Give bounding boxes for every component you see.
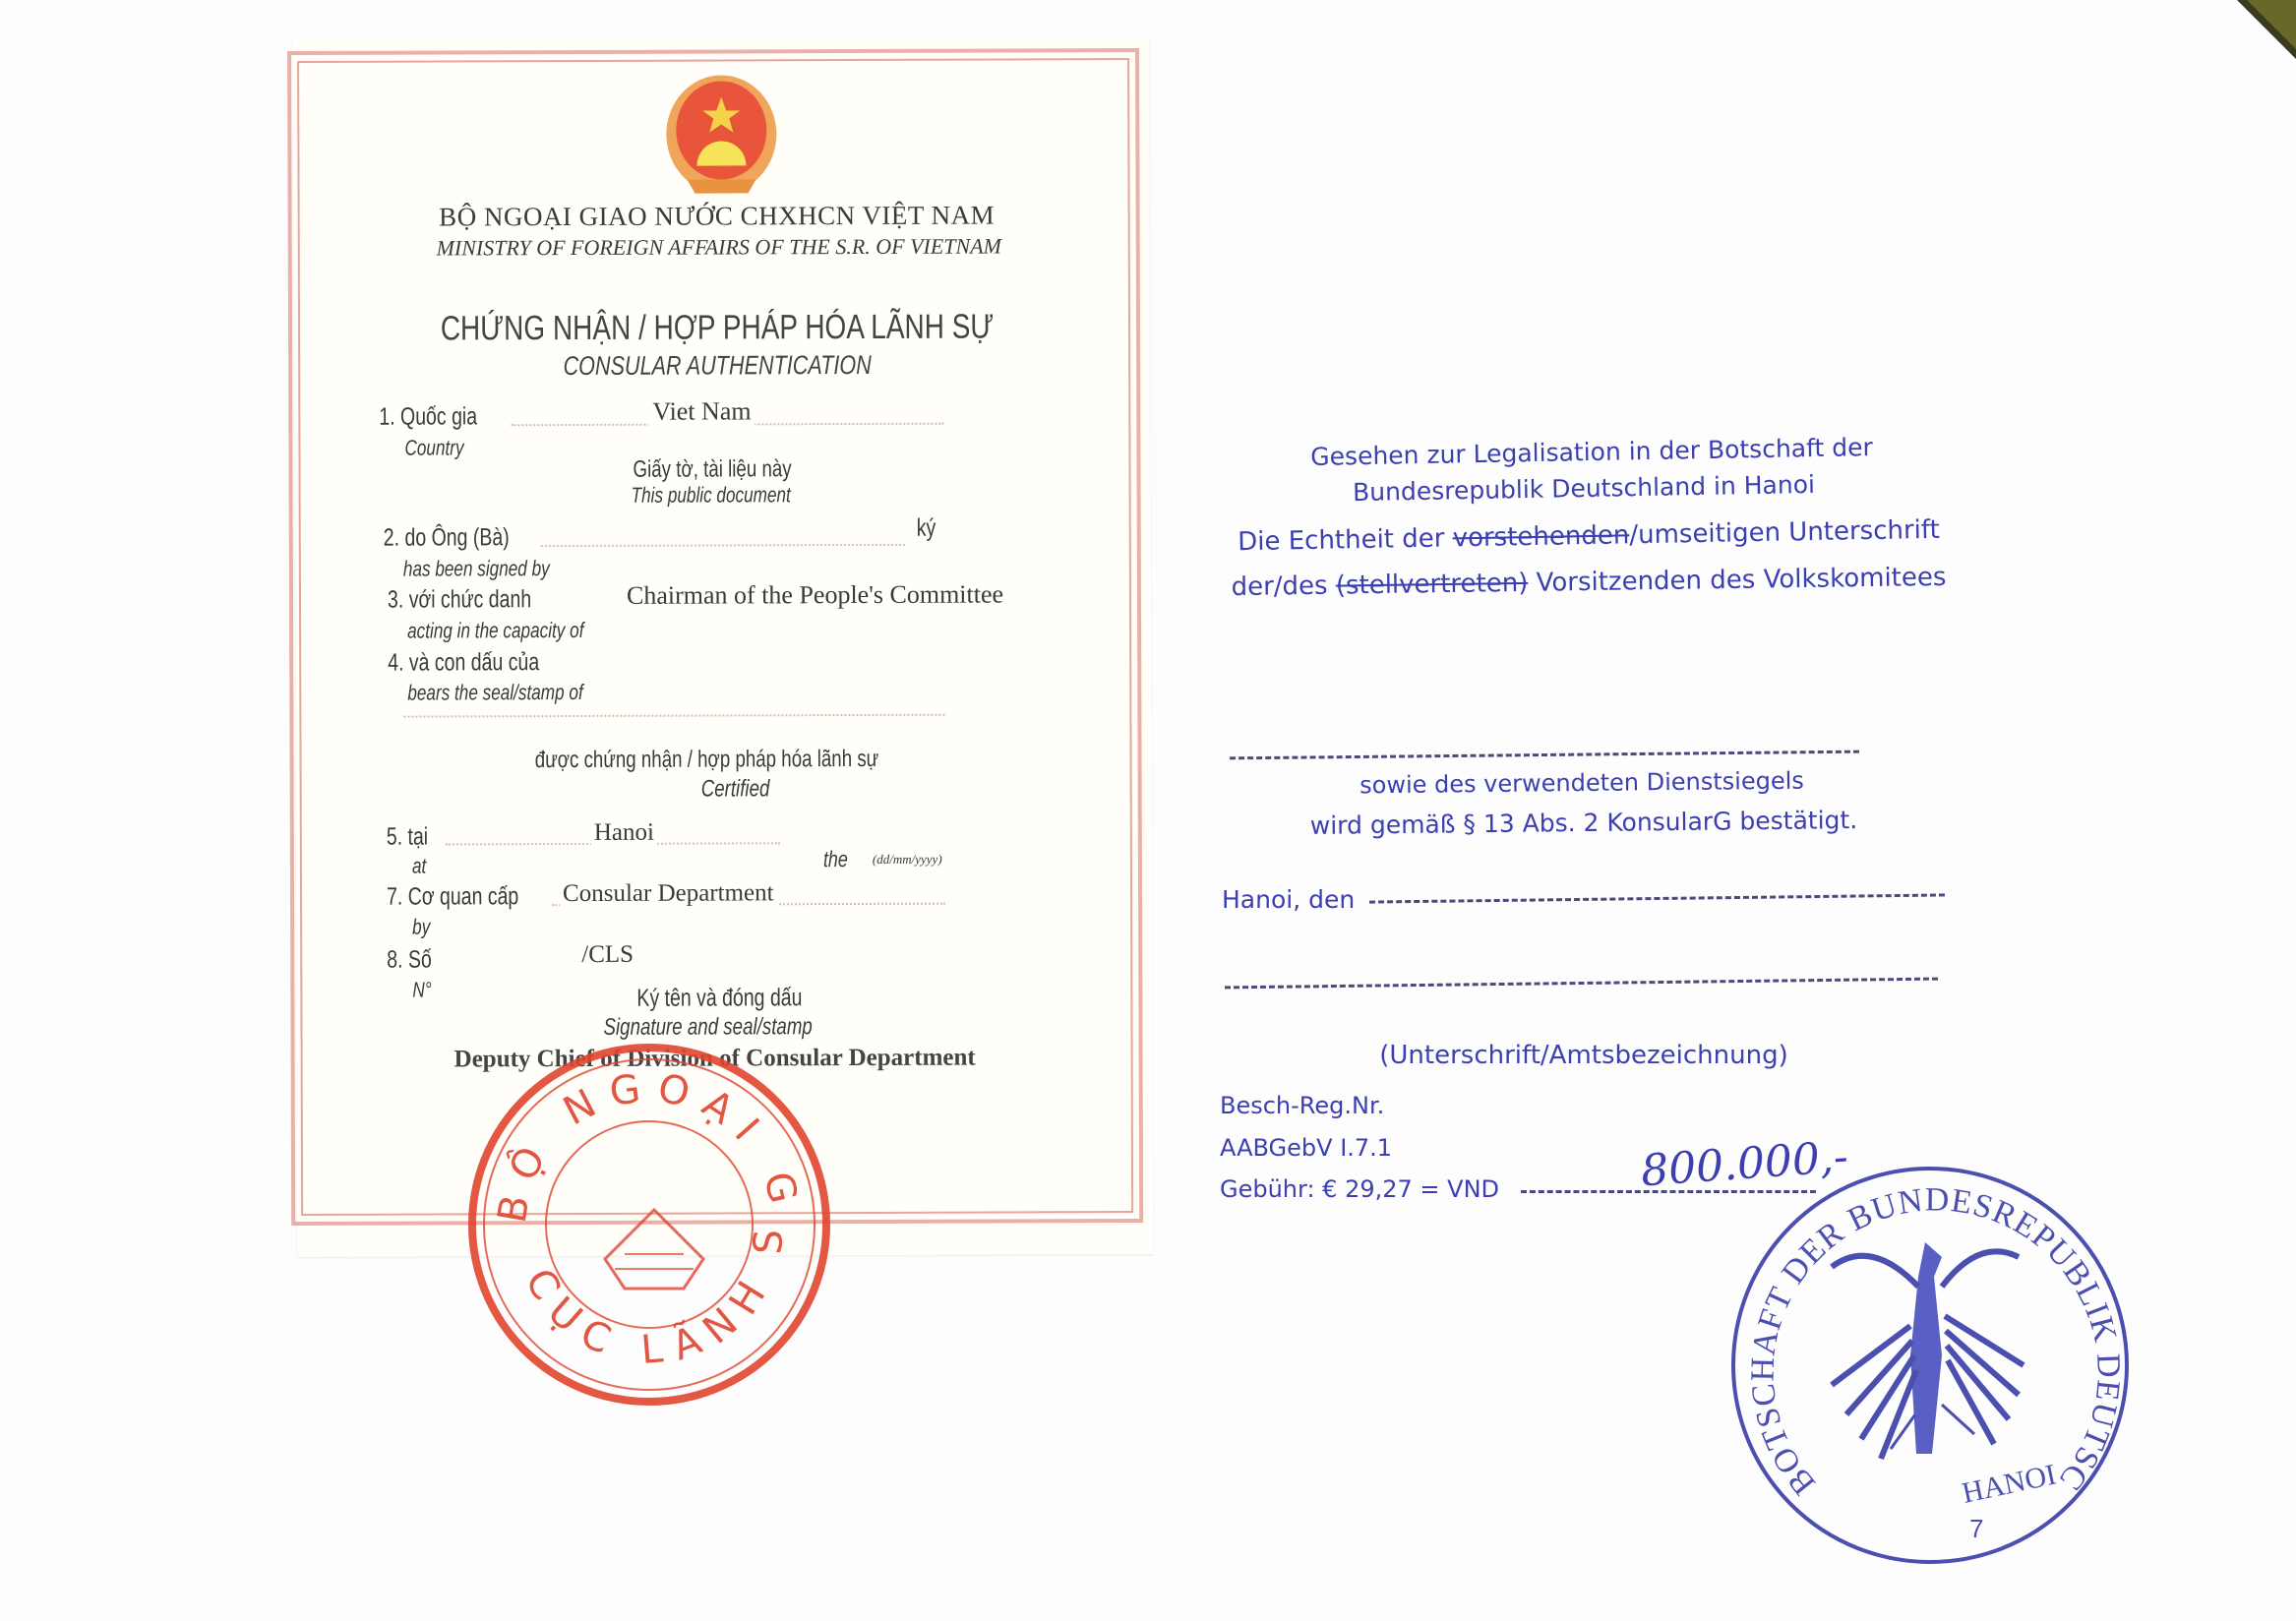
- background-object-corner-highlight: [2247, 0, 2296, 49]
- consular-department-seal-icon: BỘ NGOẠI GIAO CỤC LÃNH SỰ: [457, 1033, 841, 1416]
- field-place-label-vi: 5. tại: [387, 823, 428, 852]
- legalisation-line-2: Bundesrepublik Deutschland in Hanoi: [1353, 470, 1815, 507]
- line-4-struck-text: (stellvertreten): [1336, 569, 1529, 601]
- ministry-name-vi: BỘ NGOẠI GIAO NƯỚC CHXHCN VIỆT NAM: [439, 201, 995, 233]
- field-number-value: /CLS: [581, 941, 634, 969]
- signature-rule-1: [1230, 750, 1859, 760]
- certified-label-vi: được chứng nhận / hợp pháp hóa lãnh sự: [535, 746, 879, 774]
- legalisation-line-4: der/des (stellvertreten) Vorsitzenden de…: [1231, 563, 1946, 602]
- place-date-label: Hanoi, den: [1222, 885, 1355, 914]
- field-issuer-value: Consular Department: [560, 879, 777, 908]
- place-date-line: [1369, 893, 1945, 903]
- fee-label: Gebühr: € 29,27 = VND: [1220, 1175, 1499, 1203]
- line-3-struck-text: vorstehenden: [1452, 520, 1629, 553]
- field-issuer-label-vi: 7. Cơ quan cấp: [387, 882, 518, 911]
- field-capacity-value: Chairman of the People's Committee: [627, 579, 1003, 610]
- field-number-label-vi: 8. Số: [387, 946, 432, 975]
- vietnam-emblem-icon: [657, 69, 785, 207]
- legalisation-line-5: sowie des verwendeten Dienstsiegels: [1359, 767, 1804, 800]
- ministry-name-en: MINISTRY OF FOREIGN AFFAIRS OF THE S.R. …: [436, 233, 1000, 261]
- field-signed-by-label-vi: 2. do Ông (Bà): [384, 523, 510, 552]
- german-eagle-icon: [1832, 1242, 2024, 1459]
- legalisation-line-1: Gesehen zur Legalisation in der Botschaf…: [1310, 433, 1873, 471]
- field-country-label-en: Country: [404, 435, 463, 460]
- svg-text:BỘ NGOẠI GIAO: BỘ NGOẠI GIAO: [457, 1033, 809, 1226]
- field-country-label-vi: 1. Quốc gia: [379, 402, 477, 431]
- registration-number-label: Besch-Reg.Nr.: [1220, 1092, 1384, 1119]
- german-embassy-seal-icon: BOTSCHAFT DER BUNDESREPUBLIK DEUTSCHLAND…: [1723, 1159, 2137, 1572]
- legalisation-line-6: wird gemäß § 13 Abs. 2 KonsularG bestäti…: [1310, 806, 1858, 840]
- field-signed-by-label-en: has been signed by: [403, 556, 550, 582]
- field-country-value: Viet Nam: [648, 396, 755, 426]
- signature-caption: (Unterschrift/Amtsbezeichnung): [1379, 1041, 1788, 1070]
- field-capacity-label-vi: 3. với chức danh: [388, 585, 531, 615]
- field-seal-label-en: bears the seal/stamp of: [407, 680, 582, 706]
- field-seal-label-vi: 4. và con dấu của: [388, 648, 539, 678]
- line-4-text-b: Vorsitzenden des Volkskomitees: [1528, 563, 1946, 598]
- legalisation-line-3: Die Echtheit der vorstehenden/umseitigen…: [1238, 515, 1940, 557]
- certificate-title-vi: CHỨNG NHẬN / HỢP PHÁP HÓA LÃNH SỰ: [441, 308, 995, 349]
- field-issuer-label-en: by: [412, 915, 430, 940]
- signature-label-vi: Ký tên và đóng dấu: [636, 984, 802, 1013]
- field-date-label: the: [823, 846, 848, 872]
- fee-reference: AABGebV I.7.1: [1220, 1134, 1392, 1162]
- field-number-label-en: N°: [412, 978, 431, 1003]
- public-document-label-vi: Giấy tờ, tài liệu này: [633, 455, 791, 484]
- line-3-text-a: Die Echtheit der: [1238, 523, 1453, 557]
- seal-city: HANOI: [1960, 1458, 2059, 1509]
- public-document-label-en: This public document: [632, 482, 791, 509]
- field-capacity-label-en: acting in the capacity of: [407, 618, 583, 644]
- seal-number: 7: [1969, 1514, 1983, 1543]
- seal-top-text: BỘ NGOẠI GIAO: [457, 1033, 809, 1226]
- field-place-value: Hanoi: [591, 819, 657, 847]
- line-3-text-b: /umseitigen Unterschrift: [1629, 515, 1940, 551]
- signature-rule-2: [1225, 978, 1938, 990]
- field-place-label-en: at: [412, 854, 426, 879]
- field-signed-by-suffix: ký: [917, 514, 937, 543]
- line-4-text-a: der/des: [1231, 571, 1336, 602]
- field-date-format: (dd/mm/yyyy): [873, 852, 942, 868]
- certified-label-en: Certified: [701, 775, 770, 803]
- certificate-title-en: CONSULAR AUTHENTICATION: [563, 350, 871, 382]
